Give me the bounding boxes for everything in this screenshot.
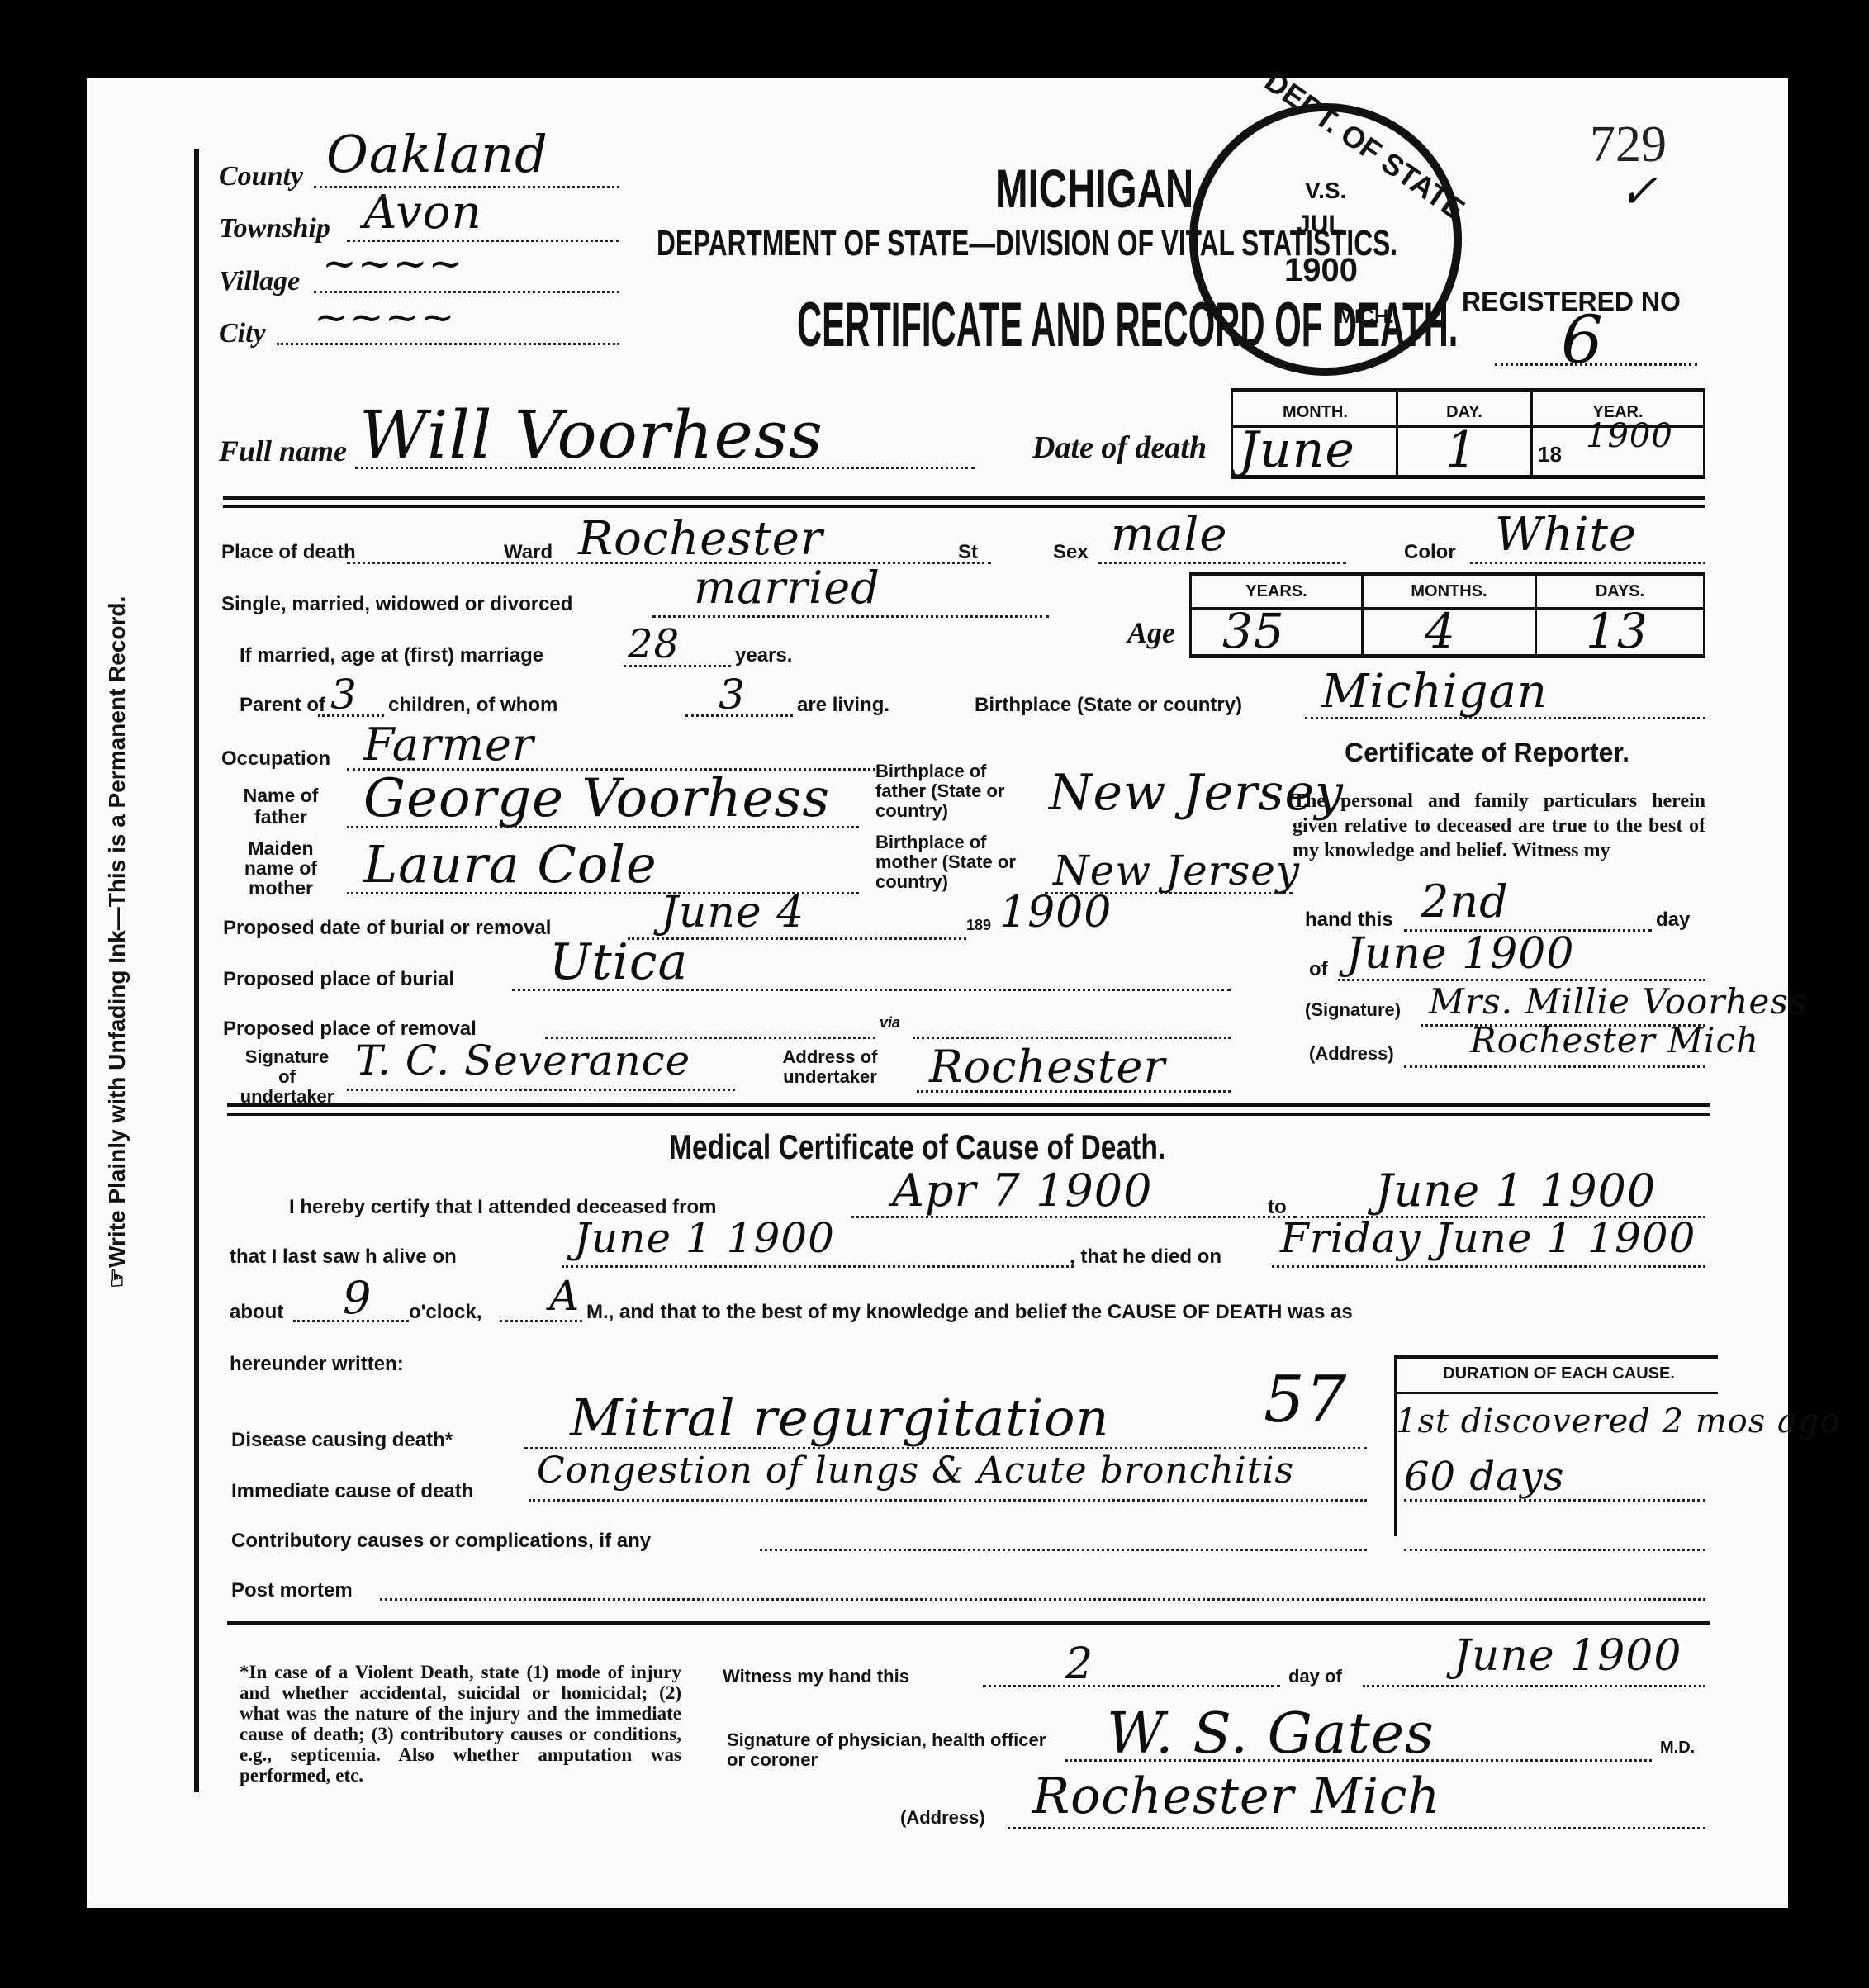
immediate-cause-value: Congestion of lungs & Acute bronchitis bbox=[537, 1449, 1294, 1492]
color-label: Color bbox=[1404, 541, 1456, 564]
father-birthplace-label: Birthplace of father (State or country) bbox=[875, 762, 1041, 821]
disease-value: Mitral regurgitation bbox=[570, 1388, 1109, 1448]
reporter-address-line bbox=[1404, 1065, 1705, 1068]
birthplace-line bbox=[1305, 717, 1705, 719]
children-count-value: 3 bbox=[330, 671, 358, 719]
ampm-value: A bbox=[549, 1272, 580, 1320]
date-month-value: June bbox=[1239, 421, 1355, 479]
marital-status-line bbox=[652, 615, 1049, 618]
place-of-death-label: Place of death bbox=[221, 541, 356, 564]
stamp-line2: V.S. bbox=[1305, 178, 1346, 204]
first-marriage-label: If married, age at (first) marriage bbox=[240, 644, 543, 667]
are-living-label: are living. bbox=[797, 694, 889, 717]
mother-name-value: Laura Cole bbox=[363, 834, 657, 894]
township-value: Avon bbox=[363, 186, 482, 240]
marital-status-value: married bbox=[694, 562, 880, 614]
physician-address-value: Rochester Mich bbox=[1032, 1767, 1440, 1825]
burial-year-value: 1900 bbox=[999, 888, 1112, 937]
section-divider bbox=[227, 1113, 1710, 1116]
hand-this-label: hand this bbox=[1305, 909, 1393, 932]
section-divider bbox=[227, 1103, 1710, 1107]
date-table-border bbox=[1703, 388, 1705, 479]
full-name-line bbox=[355, 467, 975, 469]
last-saw-value: June 1 1900 bbox=[574, 1214, 835, 1262]
age-header-days: DAYS. bbox=[1537, 582, 1703, 601]
marital-status-label: Single, married, widowed or divorced bbox=[221, 593, 572, 616]
sex-value: male bbox=[1111, 508, 1228, 562]
date-year-prefix: 18 bbox=[1538, 442, 1562, 467]
hereunder-label: hereunder written: bbox=[230, 1353, 404, 1376]
first-marriage-line bbox=[624, 665, 731, 667]
date-year-value: 1900 bbox=[1586, 417, 1673, 455]
reporter-address-label: (Address) bbox=[1309, 1043, 1394, 1065]
post-mortem-label: Post mortem bbox=[231, 1579, 353, 1602]
father-name-line bbox=[347, 826, 859, 828]
township-label: Township bbox=[219, 213, 330, 244]
date-table-divider bbox=[1530, 388, 1533, 479]
occupation-value: Farmer bbox=[363, 719, 534, 771]
contributory-line bbox=[760, 1549, 1367, 1551]
duration-table-border bbox=[1394, 1355, 1397, 1536]
place-of-death-line bbox=[347, 562, 991, 564]
disease-duration-value: 1st discovered 2 mos ago bbox=[1396, 1402, 1841, 1440]
birthplace-label: Birthplace (State or country) bbox=[975, 694, 1242, 717]
duration-header: DURATION OF EACH CAUSE. bbox=[1400, 1364, 1718, 1383]
first-marriage-value: 28 bbox=[628, 621, 680, 667]
hour-value: 9 bbox=[343, 1272, 372, 1324]
physician-signature-label: Signature of physician, health officer o… bbox=[727, 1730, 1057, 1770]
physician-address-line bbox=[1008, 1827, 1705, 1829]
village-value: ~~~~ bbox=[322, 240, 464, 287]
witness-month-year-line bbox=[1363, 1685, 1705, 1687]
date-table-border bbox=[1231, 388, 1233, 479]
village-label: Village bbox=[219, 266, 300, 297]
county-label: County bbox=[219, 161, 303, 192]
age-table-border bbox=[1703, 572, 1705, 658]
full-name-label: Full name bbox=[219, 434, 347, 468]
date-table-top bbox=[1231, 388, 1705, 392]
burial-place-line bbox=[512, 989, 1231, 991]
ward-label: Ward bbox=[504, 541, 553, 564]
received-stamp: DEPT. OF STATE V.S. JUL 1900 MICH. bbox=[1189, 103, 1462, 376]
immediate-cause-label: Immediate cause of death bbox=[231, 1480, 473, 1503]
sex-line bbox=[1098, 562, 1346, 564]
disease-label: Disease causing death* bbox=[231, 1429, 453, 1452]
attended-to-value: June 1 1900 bbox=[1375, 1165, 1656, 1217]
undertaker-address-value: Rochester bbox=[929, 1041, 1165, 1093]
date-header-day: DAY. bbox=[1398, 403, 1530, 422]
full-name-value: Will Voorhess bbox=[359, 396, 823, 473]
stamp-line4: 1900 bbox=[1284, 252, 1358, 289]
date-day-value: 1 bbox=[1445, 421, 1478, 479]
state-heading: MICHIGAN bbox=[995, 157, 1193, 220]
place-of-death-value: Rochester bbox=[578, 512, 823, 566]
city-label: City bbox=[219, 318, 266, 349]
last-saw-line bbox=[562, 1265, 1074, 1268]
margin-instruction: ☞Write Plainly with Unfading Ink—This is… bbox=[103, 596, 130, 1288]
children-living-value: 3 bbox=[719, 671, 746, 719]
died-on-line bbox=[1272, 1265, 1705, 1268]
age-header-years: YEARS. bbox=[1192, 582, 1361, 601]
burial-year-prefix: 189 bbox=[966, 917, 991, 934]
witness-day-value: 2 bbox=[1065, 1639, 1093, 1689]
post-mortem-line bbox=[380, 1598, 1705, 1601]
undertaker-signature-line bbox=[347, 1089, 735, 1091]
county-value: Oakland bbox=[326, 124, 548, 184]
color-value: White bbox=[1495, 508, 1637, 562]
about-label: about bbox=[230, 1301, 283, 1324]
attended-from-value: Apr 7 1900 bbox=[892, 1165, 1153, 1217]
burial-date-value: June 4 bbox=[661, 888, 804, 937]
father-name-value: George Voorhess bbox=[363, 768, 830, 829]
years-label: years. bbox=[735, 644, 792, 667]
medical-title: Medical Certificate of Cause of Death. bbox=[669, 1127, 1165, 1167]
died-on-value: Friday June 1 1900 bbox=[1280, 1214, 1696, 1262]
age-header-months: MONTHS. bbox=[1364, 582, 1535, 601]
burial-date-label: Proposed date of burial or removal bbox=[223, 917, 551, 940]
date-header-month: MONTH. bbox=[1235, 403, 1396, 422]
father-name-label: Name of father bbox=[235, 785, 326, 828]
oclock-label: o'clock, bbox=[409, 1301, 481, 1324]
registered-no-line bbox=[1495, 363, 1697, 366]
died-on-label: , that he died on bbox=[1070, 1245, 1221, 1269]
undertaker-signature-value: T. C. Severance bbox=[355, 1037, 690, 1084]
mother-birthplace-label: Birthplace of mother (State or country) bbox=[875, 833, 1041, 892]
date-table-divider bbox=[1396, 388, 1398, 479]
reporter-day-value: 2nd bbox=[1421, 875, 1509, 928]
parent-of-label: Parent of bbox=[240, 694, 325, 717]
witness-day-line bbox=[983, 1685, 1280, 1687]
duration-table-top bbox=[1396, 1355, 1718, 1359]
reporter-signature-value: Mrs. Millie Voorhess bbox=[1429, 981, 1807, 1022]
undertaker-address-label: Address of undertaker bbox=[760, 1047, 900, 1087]
section-divider bbox=[227, 1621, 1710, 1625]
children-count-line bbox=[318, 714, 384, 717]
stamp-line3: JUL bbox=[1297, 211, 1344, 239]
check-mark: ✓ bbox=[1619, 165, 1658, 219]
violent-death-footnote: *In case of a Violent Death, state (1) m… bbox=[240, 1662, 681, 1786]
st-label: St bbox=[958, 541, 978, 564]
color-line bbox=[1470, 562, 1705, 564]
physician-signature-value: W. S. Gates bbox=[1107, 1701, 1435, 1767]
physician-address-label: (Address) bbox=[900, 1807, 985, 1829]
day-label: day bbox=[1656, 909, 1690, 932]
contributory-duration-line bbox=[1404, 1549, 1705, 1551]
city-line bbox=[277, 343, 619, 345]
via-label: via bbox=[880, 1014, 900, 1032]
age-label: Age bbox=[1127, 615, 1175, 650]
reporter-title: Certificate of Reporter. bbox=[1345, 738, 1629, 768]
age-days-value: 13 bbox=[1586, 603, 1648, 659]
mother-name-label: Maiden name of mother bbox=[235, 838, 326, 898]
age-months-value: 4 bbox=[1425, 603, 1456, 659]
reporter-signature-label: (Signature) bbox=[1305, 999, 1401, 1021]
day-of-label: day of bbox=[1288, 1666, 1342, 1687]
immediate-duration-value: 60 days bbox=[1404, 1454, 1564, 1500]
immediate-duration-line bbox=[1404, 1499, 1705, 1502]
undertaker-signature-label: Signature of undertaker bbox=[235, 1047, 339, 1107]
cause-of-death-sentence: M., and that to the best of my knowledge… bbox=[586, 1301, 1353, 1324]
age-years-value: 35 bbox=[1222, 603, 1285, 659]
section-divider bbox=[223, 505, 1705, 508]
city-value: ~~~~ bbox=[314, 293, 456, 341]
birthplace-value: Michigan bbox=[1321, 665, 1548, 719]
undertaker-address-line bbox=[917, 1090, 1231, 1093]
children-of-whom-label: children, of whom bbox=[388, 694, 557, 717]
physician-signature-line bbox=[1065, 1759, 1652, 1762]
reporter-text: The personal and family particulars here… bbox=[1293, 789, 1705, 863]
last-saw-label: that I last saw h alive on bbox=[230, 1245, 457, 1269]
children-living-line bbox=[685, 714, 793, 717]
hour-line bbox=[293, 1320, 409, 1322]
age-table-top bbox=[1189, 572, 1705, 576]
reporter-address-value: Rochester Mich bbox=[1470, 1020, 1759, 1060]
burial-place-label: Proposed place of burial bbox=[223, 968, 454, 991]
occupation-label: Occupation bbox=[221, 747, 330, 771]
left-border-rule bbox=[194, 149, 199, 1792]
section-divider bbox=[223, 496, 1705, 500]
attended-from-line bbox=[851, 1216, 1297, 1218]
burial-place-value: Utica bbox=[549, 933, 688, 991]
via-line bbox=[913, 1037, 1231, 1039]
disease-code: 57 bbox=[1264, 1363, 1347, 1437]
ampm-line bbox=[500, 1320, 582, 1322]
date-of-death-label: Date of death bbox=[1032, 429, 1207, 466]
registered-no-value: 6 bbox=[1561, 301, 1604, 378]
sex-label: Sex bbox=[1053, 541, 1089, 564]
contributory-label: Contributory causes or complications, if… bbox=[231, 1530, 651, 1553]
witness-month-year-value: June 1900 bbox=[1454, 1631, 1682, 1681]
stamp-line5: MICH. bbox=[1338, 306, 1394, 329]
immediate-cause-line bbox=[529, 1499, 1367, 1502]
reporter-month-year-value: June 1900 bbox=[1346, 929, 1574, 979]
duration-table-header-rule bbox=[1396, 1392, 1718, 1394]
of-label: of bbox=[1309, 958, 1328, 981]
md-label: M.D. bbox=[1660, 1739, 1695, 1758]
witness-label: Witness my hand this bbox=[723, 1666, 909, 1687]
